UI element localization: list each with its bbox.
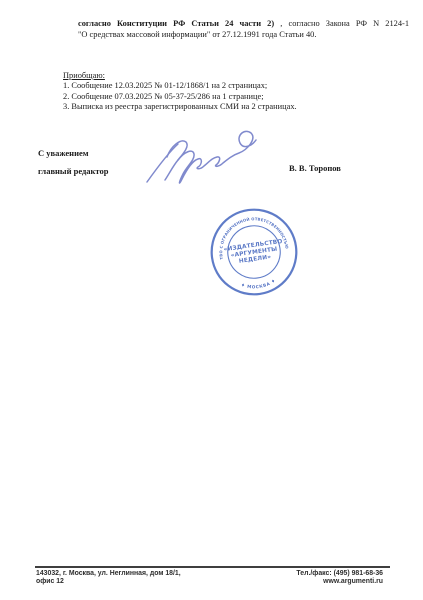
footer-address-line2: офис 12 bbox=[36, 578, 181, 586]
footer-contact: Тел./факс: (495) 981-68-36 www.argumenti… bbox=[296, 570, 383, 587]
attachments-list: Приобщаю: 1. Сообщение 12.03.2025 № 01-1… bbox=[63, 71, 297, 113]
legal-paragraph-line2: "О средствах массовой информации" от 27.… bbox=[78, 30, 409, 41]
footer-phone: Тел./факс: (495) 981-68-36 bbox=[296, 570, 383, 578]
legal-paragraph-line1: согласно Конституции РФ Статьи 24 части … bbox=[78, 19, 409, 30]
footer-address: 143032, г. Москва, ул. Неглинная, дом 18… bbox=[36, 570, 181, 587]
legal-paragraph-line1-regular: , согласно Закона РФ N 2124-1 bbox=[274, 19, 409, 28]
signatory-name: В. В. Торопов bbox=[289, 163, 341, 173]
legal-paragraph-line1-bold: согласно Конституции РФ Статьи 24 части … bbox=[78, 19, 274, 28]
footer-divider bbox=[35, 566, 390, 568]
company-stamp: ОБЩЕСТВО С ОГРАНИЧЕННОЙ ОТВЕТСТВЕННОСТЬЮ… bbox=[202, 200, 306, 304]
footer-address-line1: 143032, г. Москва, ул. Неглинная, дом 18… bbox=[36, 570, 181, 578]
editor-title: главный редактор bbox=[38, 166, 108, 176]
legal-paragraph: согласно Конституции РФ Статьи 24 части … bbox=[78, 19, 409, 40]
page: { "legal_paragraph": { "line1_bold": "со… bbox=[0, 0, 423, 600]
handwritten-signature-icon bbox=[137, 124, 272, 194]
footer-website: www.argumenti.ru bbox=[296, 578, 383, 586]
attachment-item: 3. Выписка из реестра зарегистрированных… bbox=[63, 102, 297, 112]
attachment-item: 1. Сообщение 12.03.2025 № 01-12/1868/1 н… bbox=[63, 81, 297, 91]
attachment-item: 2. Сообщение 07.03.2025 № 05-37-25/286 н… bbox=[63, 92, 297, 102]
attachments-heading: Приобщаю: bbox=[63, 71, 297, 81]
salutation: С уважением bbox=[38, 148, 89, 158]
